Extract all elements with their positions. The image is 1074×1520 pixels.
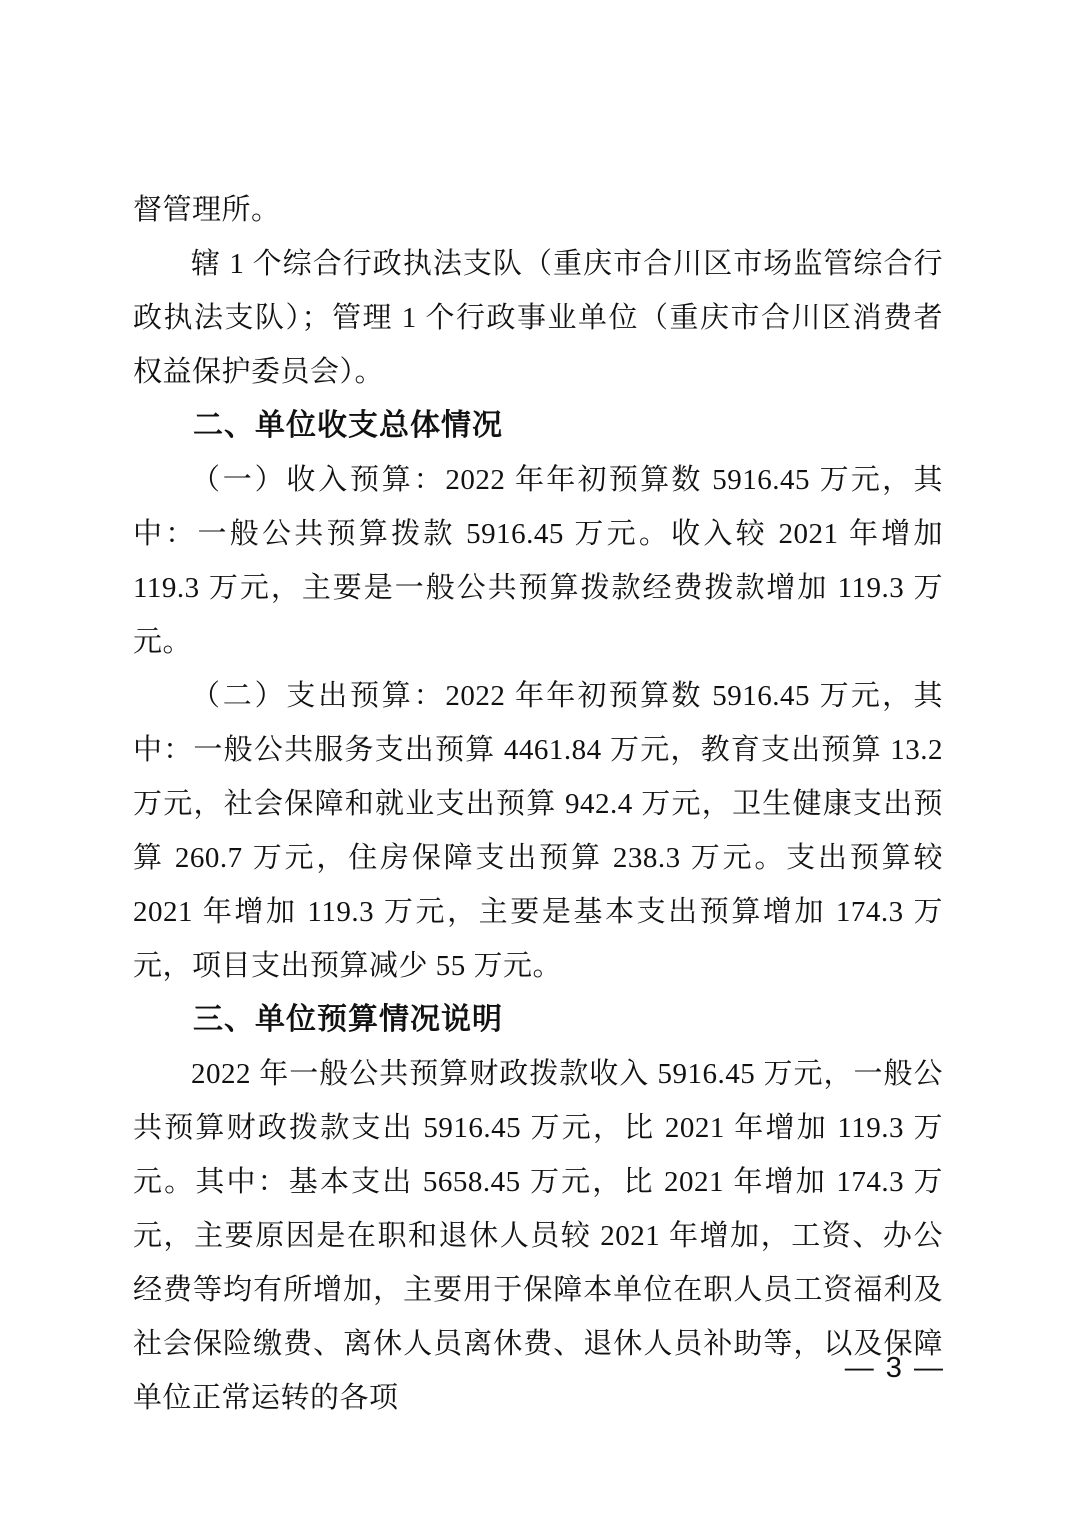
expenditure-budget-lead: （二）支出预算：: [191, 680, 445, 712]
paragraph-organization: 辖 1 个综合行政执法支队（重庆市合川区市场监管综合行政执法支队）；管理 1 个…: [133, 237, 943, 399]
page-number: — 3 —: [845, 1348, 945, 1388]
paragraph-continuation: 督管理所。: [133, 183, 943, 237]
income-budget-lead: （一）收入预算：: [191, 464, 445, 496]
expenditure-budget-text: 2022 年年初预算数 5916.45 万元，其中：一般公共服务支出预算 446…: [133, 680, 943, 982]
paragraph-income-budget: （一）收入预算：2022 年年初预算数 5916.45 万元，其中：一般公共预算…: [133, 453, 943, 669]
paragraph-expenditure-budget: （二）支出预算：2022 年年初预算数 5916.45 万元，其中：一般公共服务…: [133, 669, 943, 993]
document-body: 督管理所。 辖 1 个综合行政执法支队（重庆市合川区市场监管综合行政执法支队）；…: [133, 183, 943, 1425]
section-heading-budget-explanation: 三、单位预算情况说明: [133, 993, 943, 1047]
paragraph-budget-explanation: 2022 年一般公共预算财政拨款收入 5916.45 万元，一般公共预算财政拨款…: [133, 1047, 943, 1425]
document-page: 督管理所。 辖 1 个综合行政执法支队（重庆市合川区市场监管综合行政执法支队）；…: [0, 0, 1074, 1520]
section-heading-revenue-expenditure-overview: 二、单位收支总体情况: [133, 399, 943, 453]
